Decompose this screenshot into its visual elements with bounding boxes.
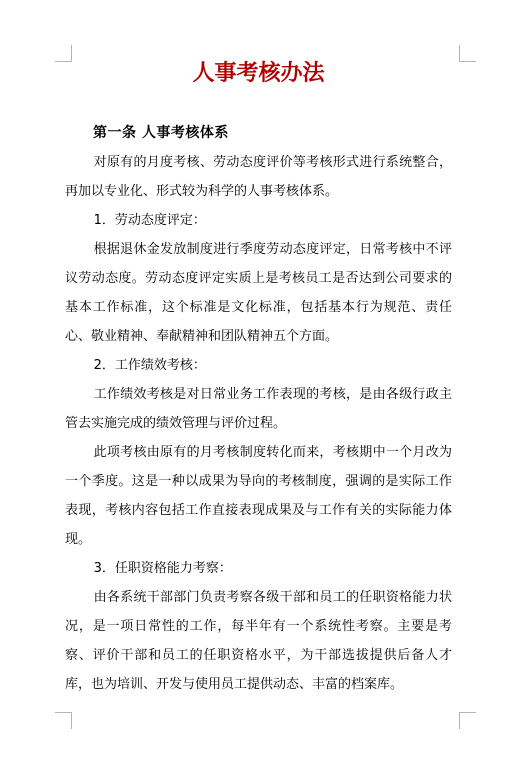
paragraph-performance-1: 工作绩效考核是对日常业务工作表现的考核，是由各级行政主管去实施完成的绩效管理与评… <box>65 380 452 438</box>
document-content: 人事考核办法 第一条 人事考核体系 对原有的月度考核、劳动态度评价等考核形式进行… <box>65 0 452 699</box>
list-item-3-label: 3．任职资格能力考察： <box>65 554 452 583</box>
text-boundary-mark-bottom-left <box>55 712 72 729</box>
paragraph-intro: 对原有的月度考核、劳动态度评价等考核形式进行系统整合，再加以专业化、形式较为科学… <box>65 148 452 206</box>
document-page: 人事考核办法 第一条 人事考核体系 对原有的月度考核、劳动态度评价等考核形式进行… <box>0 0 529 762</box>
text-boundary-mark-top-right <box>459 45 476 62</box>
paragraph-qualification: 由各系统干部部门负责考察各级干部和员工的任职资格能力状况，是一项日常性的工作，每… <box>65 583 452 699</box>
document-title: 人事考核办法 <box>65 57 452 91</box>
paragraph-performance-2: 此项考核由原有的月考核制度转化而来，考核期中一个月改为一个季度。这是一种以成果为… <box>65 438 452 554</box>
paragraph-labor-attitude: 根据退休金发放制度进行季度劳动态度评定，日常考核中不评议劳动态度。劳动态度评定实… <box>65 235 452 351</box>
list-item-1-label: 1．劳动态度评定： <box>65 206 452 235</box>
section-heading: 第一条 人事考核体系 <box>65 119 452 148</box>
list-item-2-label: 2．工作绩效考核： <box>65 351 452 380</box>
text-boundary-mark-bottom-right <box>459 712 476 729</box>
